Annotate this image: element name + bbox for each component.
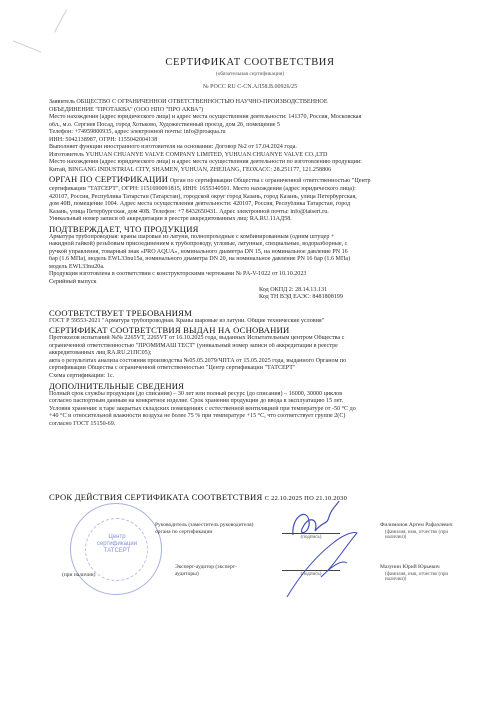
certification-body-line: Уникальный номер записи об аккредитации … bbox=[49, 216, 469, 224]
product-line: ручкой управления, товарный знак «PRO AQ… bbox=[49, 249, 469, 257]
applicant-line: Место нахождения (адрес юридического лиц… bbox=[49, 114, 469, 122]
basis-section: СЕРТИФИКАТ СООТВЕТСТВИЯ ВЫДАН НА ОСНОВАН… bbox=[49, 325, 469, 380]
basis-line: ограниченной ответственностью "ПРОМИМАШ … bbox=[49, 343, 469, 351]
additional-line: Условия хранения: в таре закрытых складс… bbox=[49, 406, 469, 414]
additional-section: ДОПОЛНИТЕЛЬНЫЕ СВЕДЕНИЯ Полный срок служ… bbox=[49, 381, 469, 429]
scan-artifact bbox=[54, 9, 67, 32]
requirements-section: СООТВЕТСТВУЕТ ТРЕБОВАНИЯМ ГОСТ Р 59553-2… bbox=[49, 308, 469, 326]
signature-mark bbox=[285, 497, 365, 602]
seal-stamp: Центр сертификации ТАТСЕРТ bbox=[70, 503, 162, 595]
section-heading: ОРГАН ПО СЕРТИФИКАЦИИ bbox=[49, 174, 168, 184]
certificate-title: СЕРТИФИКАТ СООТВЕТСТВИЯ bbox=[0, 57, 500, 68]
stamp-caption: (при наличии) bbox=[62, 572, 95, 579]
certification-body-line: дом 40В, помещение 1004. Адрес места осу… bbox=[49, 201, 469, 209]
basis-line: аккредитованных лиц RA.RU.21ПС05); bbox=[49, 350, 469, 358]
applicant-line: ОБЪЕДИНЕНИЕ "ПРОТАКВА" (ООО НПО "ПРО АКВ… bbox=[49, 107, 469, 115]
product-line: модель EWL33nu20a. bbox=[49, 264, 469, 272]
applicant-line: Телефон: +74959800935, адрес электронной… bbox=[49, 129, 469, 137]
section-heading: СЕРТИФИКАТ СООТВЕТСТВИЯ ВЫДАН НА ОСНОВАН… bbox=[49, 325, 469, 335]
additional-line: согласно ГОСТ 15150-69. bbox=[49, 421, 469, 429]
applicant-section: Заявитель ОБЩЕСТВО С ОГРАНИЧЕННОЙ ОТВЕТС… bbox=[49, 99, 469, 152]
product-line: бар (1.6 МПа), модель EWL33nu15a, номина… bbox=[49, 256, 469, 264]
product-line: накидной гайкой) резьбовым присоединение… bbox=[49, 241, 469, 249]
expert-role: Эксперт-аудитор (эксперт-аудиторы) bbox=[175, 564, 260, 577]
product-line: Продукция изготовлена в соответствии с к… bbox=[49, 271, 469, 279]
additional-line: согласно паспортным данным на конкретное… bbox=[49, 398, 469, 406]
expert-name-caption: (фамилия, имя, отчество (при наличии)) bbox=[385, 572, 470, 582]
applicant-line: ИНН: 5042138987, ОГРН: 1155042004138 bbox=[49, 137, 469, 145]
certificate-page: СЕРТИФИКАТ СООТВЕТСТВИЯ (обязательная се… bbox=[0, 0, 500, 707]
basis-line: Протоколов испытаний №№ 2265VT, 2265VT о… bbox=[49, 335, 469, 343]
tnved-code: Код ТН ВЭД ЕАЭС: 8481808199 bbox=[259, 294, 469, 302]
certification-body-section: ОРГАН ПО СЕРТИФИКАЦИИ Орган по сертифика… bbox=[49, 174, 469, 223]
certificate-subtitle: (обязательная сертификация) bbox=[0, 71, 500, 77]
okpd-code: Код ОКПД 2: 28.14.13.131 bbox=[259, 287, 469, 295]
applicant-line: Заявитель ОБЩЕСТВО С ОГРАНИЧЕННОЙ ОТВЕТС… bbox=[49, 99, 469, 107]
product-line: Серийный выпуск bbox=[49, 279, 469, 287]
manufacturer-line: Китай, BINGANG INDUSTRIAL CITY, SHAMEN, … bbox=[49, 167, 469, 175]
basis-line: Схема сертификации: 1с. bbox=[49, 373, 469, 381]
basis-line: акта о результатах анализа состояния про… bbox=[49, 358, 469, 366]
additional-line: Полный срок службы продукции (до списани… bbox=[49, 391, 469, 399]
additional-line: +40 °С и относительной влажности воздуха… bbox=[49, 413, 469, 421]
basis-line: сертификации Общества с ограниченной отв… bbox=[49, 365, 469, 373]
certificate-body: Заявитель ОБЩЕСТВО С ОГРАНИЧЕННОЙ ОТВЕТС… bbox=[49, 99, 469, 428]
manufacturer-line: Изготовитель YUHUAN CHUANYE VALVE COMPAN… bbox=[49, 152, 469, 160]
applicant-line: обл., м.о. Сергиев Посад, город Хотьково… bbox=[49, 122, 469, 130]
validity-label: СРОК ДЕЙСТВИЯ СЕРТИФИКАТА СООТВЕТСТВИЯ bbox=[49, 492, 262, 502]
seal-text: Центр сертификации ТАТСЕРТ bbox=[91, 534, 143, 555]
certification-body-line: сертификации "ТАТСЕРТ", ОГРН: 1151690091… bbox=[49, 186, 469, 194]
scan-artifact bbox=[13, 40, 41, 52]
expert-name: Мазунин Юрий Юрьевич bbox=[380, 564, 480, 571]
certification-body-line: Казань, улица Петербургская, дом 40В. Те… bbox=[49, 209, 469, 217]
head-name: Филимонов Артем Рафаэлевич bbox=[380, 522, 480, 529]
head-name-caption: (фамилия, имя, отчество (при наличии)) bbox=[385, 530, 470, 540]
section-heading: ДОПОЛНИТЕЛЬНЫЕ СВЕДЕНИЯ bbox=[49, 381, 469, 391]
manufacturer-line: Место нахождения (адрес юридического лиц… bbox=[49, 159, 469, 167]
applicant-line: Выполняет функции иностранного изготовит… bbox=[49, 144, 469, 152]
requirements-line: ГОСТ Р 59553-2021 "Арматура трубопроводн… bbox=[49, 318, 469, 326]
certification-body-line: Орган по сертификации Общества с огранич… bbox=[170, 178, 371, 184]
section-heading: ПОДТВЕРЖДАЕТ, ЧТО ПРОДУКЦИЯ bbox=[49, 224, 469, 234]
section-heading: СООТВЕТСТВУЕТ ТРЕБОВАНИЯМ bbox=[49, 308, 469, 318]
certificate-number: № РОСС RU С-CN.АЛ58.В.00926/25 bbox=[0, 84, 500, 90]
certification-body-line: 420107, Россия, Республика Татарстан (Та… bbox=[49, 194, 469, 202]
head-role: Руководитель (заместитель руководителя) … bbox=[155, 522, 260, 535]
product-line: Арматура трубопроводная: краны шаровые и… bbox=[49, 234, 469, 242]
manufacturer-section: Изготовитель YUHUAN CHUANYE VALVE COMPAN… bbox=[49, 152, 469, 175]
product-section: ПОДТВЕРЖДАЕТ, ЧТО ПРОДУКЦИЯ Арматура тру… bbox=[49, 224, 469, 302]
